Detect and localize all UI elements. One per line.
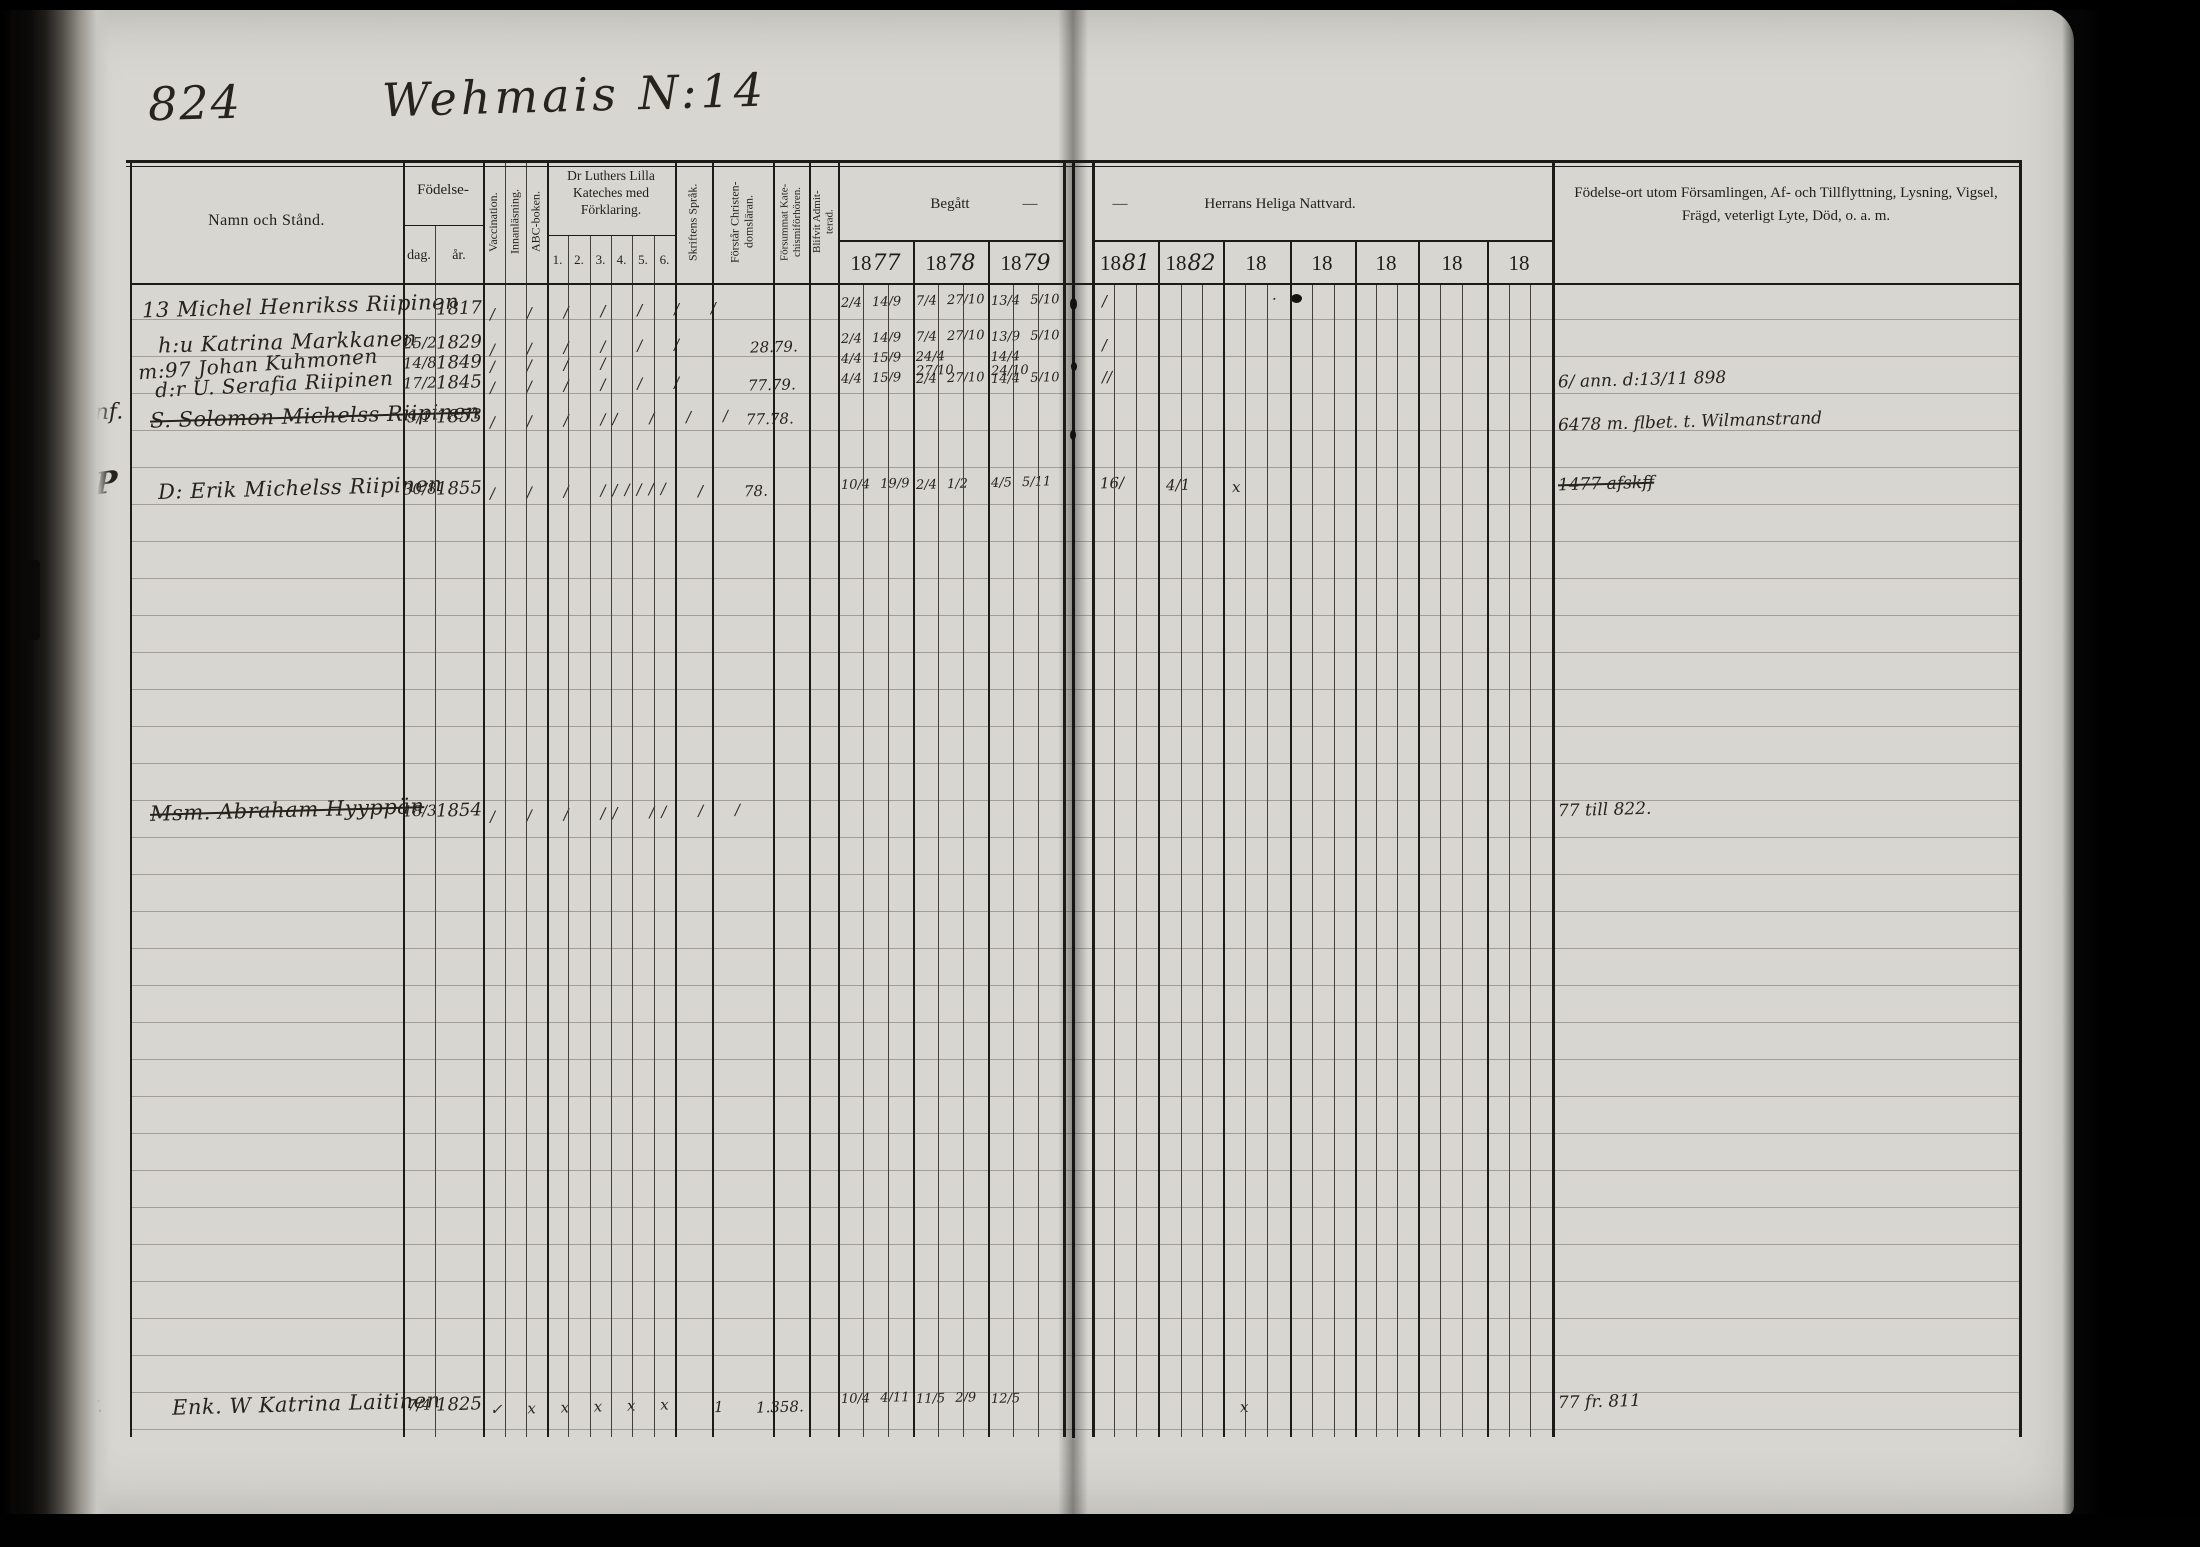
header-dash-left: —: [1015, 196, 1045, 213]
grid-vline: [1487, 240, 1489, 1437]
row-1-year1878-dates: 7/4 27/10: [916, 293, 988, 309]
year-suffix-hw: 82: [1188, 251, 1216, 276]
grid-hline: [547, 235, 675, 236]
grid-vline: [435, 225, 436, 1437]
kateches-col-4: 4.: [611, 252, 632, 268]
kateches-col-2: 2.: [568, 252, 590, 268]
folio-number: 824: [147, 75, 242, 132]
grid-vline: [1290, 240, 1292, 1437]
row-2-birth-day: 25/2: [403, 334, 435, 353]
grid-vline: [1334, 283, 1335, 1437]
year-suffix-hw: 81: [1122, 251, 1150, 276]
row-1-extra-mark: ·: [1272, 290, 1277, 308]
year-prefix: 18: [1001, 251, 1022, 276]
grid-vline: [526, 160, 527, 1437]
col-header-ar: år.: [435, 248, 483, 264]
grid-vline: [1355, 240, 1357, 1437]
year-prefix: 18: [1509, 251, 1530, 276]
right-remarks-line2: Frägd, veterligt Lyte, Död, o. a. m.: [1560, 205, 2012, 228]
row-1-year1881-mark: /: [1102, 292, 1108, 310]
header-nattvard: Herrans Heliga Nattvard.: [1150, 196, 1410, 213]
ink-blot: [1070, 298, 1077, 310]
kateches-col-5: 5.: [632, 252, 654, 268]
row-6-forsummat-note: 78.: [744, 482, 768, 501]
grid-vline: [1552, 160, 1555, 1437]
row-2-year1878-dates: 7/4 27/10: [916, 329, 988, 345]
grid-vline: [1202, 283, 1203, 1437]
church-book-scan: 824 Wehmais N:14 Namn och Stånd. Födelse…: [0, 0, 2200, 1547]
grid-hline: [130, 283, 2019, 285]
right-remarks-line1: Födelse-ort utom Församlingen, Af- och T…: [1560, 182, 2012, 205]
grid-vline: [963, 283, 964, 1437]
row-6-remark: 1477 afskff: [1558, 473, 1655, 496]
grid-vline: [632, 235, 633, 1437]
col-header-forsummat-katechismiforhoren: Försummat Kate- chismiförhören.: [773, 164, 809, 280]
grid-vline: [1038, 283, 1039, 1437]
grid-vline: [712, 160, 714, 1437]
row-7-remark: 77 till 822.: [1558, 799, 1652, 822]
kateches-col-6: 6.: [654, 252, 675, 268]
grid-vline: [505, 160, 506, 1437]
year-prefix: 18: [1100, 251, 1121, 276]
row-6-year1878-dates: 2/4 1/2: [916, 477, 988, 493]
row-5-birth-year: 1853: [436, 405, 483, 427]
row-4-year1878-dates: 2/4 27/10: [916, 371, 988, 387]
grid-vline: [1376, 283, 1377, 1437]
grid-vline: [1397, 283, 1398, 1437]
row-3-year1877-dates: 4/4 15/9: [841, 351, 913, 367]
page-fold-line: [1072, 160, 1075, 1438]
grid-vline: [403, 160, 405, 1437]
row-8-forsummat-note: 1.358.: [756, 1397, 804, 1416]
grid-vline: [1063, 160, 1066, 1437]
row-6-year1882-mark: 4/1: [1166, 476, 1191, 495]
grid-hline: [403, 225, 483, 226]
year-18-blank-3: 18: [1355, 243, 1418, 283]
grid-vline: [1092, 160, 1095, 1437]
year-18-blank-5: 18: [1487, 243, 1552, 283]
scan-bottom-edge: [0, 1514, 2200, 1547]
year-suffix-hw: 78: [948, 251, 976, 276]
col-header-innanlasning: Innanläsning.: [505, 164, 526, 280]
grid-vline: [1158, 240, 1160, 1437]
col-header-vaccination: Vaccination.: [483, 164, 505, 280]
col-header-forstar-christendomslaran: Förstår Christen- domsläran.: [712, 164, 773, 280]
grid-vline: [675, 160, 677, 1437]
year-suffix-hw: 77: [873, 251, 901, 276]
grid-vline: [1440, 283, 1441, 1437]
year-prefix: 18: [1166, 251, 1187, 276]
grid-vline: [1136, 283, 1137, 1437]
row-6-year1879-dates: 4/5 5/11: [991, 475, 1063, 491]
grid-vline: [1267, 283, 1268, 1437]
row-6-birth-day: 30/8: [403, 480, 435, 499]
row-4-year1881-mark: //: [1102, 368, 1113, 386]
col-header-fodelse: Födelse-: [403, 182, 483, 199]
year-suffix-hw: 79: [1023, 251, 1051, 276]
row-1-birth-year: 1817: [436, 297, 483, 319]
row-1-year1879-dates: 13/4 5/10: [991, 293, 1063, 309]
grid-vline: [988, 240, 990, 1437]
grid-vline: [1462, 283, 1463, 1437]
grid-vline: [938, 283, 939, 1437]
row-7-birth-day: 18/3: [403, 802, 435, 821]
row-2-birth-year: 1829: [436, 331, 483, 353]
year-prefix: 18: [926, 251, 947, 276]
grid-hline: [838, 240, 1063, 242]
year-18-blank-2: 18: [1290, 243, 1355, 283]
row-4-year1879-dates: 14/4 5/10: [991, 371, 1063, 387]
row-3-birth-day: 14/8: [403, 354, 435, 373]
grid-vline: [809, 160, 811, 1437]
row-5-forsummat-note: 77.78.: [746, 409, 794, 428]
grid-vline: [1312, 283, 1313, 1437]
year-prefix: 18: [1376, 251, 1397, 276]
row-6-birth-year: 1855: [436, 477, 483, 499]
grid-vline: [1114, 283, 1115, 1437]
header-dash-right: —: [1105, 196, 1135, 213]
book-edge-streak: [10, 0, 16, 1547]
book-edge-blot: [26, 560, 40, 640]
book-gutter-edge: [0, 0, 110, 1547]
row-6-year1877-dates: 10/4 19/9: [841, 477, 913, 493]
row-6-sprak-mark: /: [698, 482, 704, 500]
year-1879: 1879: [988, 243, 1063, 283]
grid-vline: [568, 235, 569, 1437]
row-8-remark: 77 fr. 811: [1558, 1391, 1641, 1413]
scan-top-edge: [0, 0, 2200, 10]
row-2-year1881-mark: /: [1102, 336, 1108, 354]
row-5-birth-day: 9/1: [403, 408, 435, 427]
year-prefix: 18: [1442, 251, 1463, 276]
grid-vline: [1418, 240, 1420, 1437]
col-header-right-remarks: Födelse-ort utom Församlingen, Af- och T…: [1560, 182, 2012, 229]
grid-vline: [611, 235, 612, 1437]
grid-vline: [888, 283, 889, 1437]
grid-vline: [547, 160, 549, 1437]
year-1877: 1877: [838, 243, 913, 283]
row-4-birth-day: 17/2: [403, 374, 435, 393]
grid-vline: [1181, 283, 1182, 1437]
col-header-dag: dag.: [403, 248, 435, 264]
row-8-year1877-dates: 10/4 4/11: [841, 1391, 913, 1407]
kateches-col-1: 1.: [547, 252, 568, 268]
grid-vline: [913, 240, 915, 1437]
col-header-blifvit-admitterad: Blifvit Admit- terad.: [809, 164, 838, 280]
grid-vline: [130, 160, 132, 1437]
row-6-year1881-mark: 16/: [1100, 474, 1125, 493]
year-18-blank-4: 18: [1418, 243, 1487, 283]
grid-vline: [1509, 283, 1510, 1437]
grid-vline: [1245, 283, 1246, 1437]
grid-vline: [2019, 160, 2022, 1437]
row-2-year1877-dates: 2/4 14/9: [841, 331, 913, 347]
kateches-col-3: 3.: [590, 252, 611, 268]
row-8-birth-year: 1825: [436, 1393, 483, 1415]
row-4-birth-year: 1845: [436, 371, 483, 393]
grid-vline: [1530, 283, 1531, 1437]
row-1-year1877-dates: 2/4 14/9: [841, 295, 913, 311]
col-header-kateches: Dr Luthers Lilla Kateches med Förklaring…: [547, 168, 675, 219]
col-header-skriftens-sprak: Skriftens Språk.: [675, 164, 712, 280]
col-header-abc-boken: ABC-boken.: [526, 164, 547, 280]
ink-blot: [1070, 430, 1076, 440]
page-heading-script: Wehmais N:14: [381, 63, 767, 128]
year-18-blank-1: 18: [1223, 243, 1290, 283]
grid-hline: [126, 166, 2021, 167]
header-begatt: Begått: [905, 196, 995, 213]
year-1882: 1882: [1158, 243, 1223, 283]
grid-vline: [590, 235, 591, 1437]
grid-hline: [1092, 240, 1552, 242]
grid-vline: [1013, 283, 1014, 1437]
row-8-sprak-mark: 1: [714, 1398, 724, 1416]
row-8-year1879-dates: 12/5: [991, 1391, 1063, 1407]
col-header-namn: Namn och Stånd.: [130, 212, 403, 230]
row-3-check-marks: / / / /: [490, 354, 613, 375]
year-prefix: 18: [851, 251, 872, 276]
year-prefix: 18: [1312, 251, 1333, 276]
grid-hline: [126, 160, 2021, 163]
year-prefix: 18: [1246, 251, 1267, 276]
grid-vline: [1223, 240, 1225, 1437]
row-8-birth-day: 7/4: [403, 1396, 435, 1415]
grid-vline: [863, 283, 864, 1437]
year-1881: 1881: [1092, 243, 1158, 283]
grid-vline: [838, 160, 840, 1437]
row-8-year1878-dates: 11/5 2/9: [916, 1391, 988, 1407]
row-4-year1877-dates: 4/4 15/9: [841, 371, 913, 387]
year-1878: 1878: [913, 243, 988, 283]
grid-vline: [773, 160, 775, 1437]
row-3-birth-year: 1849: [436, 351, 483, 373]
grid-vline: [483, 160, 485, 1437]
scan-right-edge: [2062, 0, 2200, 1547]
row-2-year1879-dates: 13/9 5/10: [991, 329, 1063, 345]
row-6-extra-mark: x: [1232, 478, 1241, 496]
row-4-forsummat-note: 77.79.: [748, 375, 796, 394]
ink-blot: [1291, 294, 1302, 303]
ink-blot: [1071, 362, 1077, 371]
row-7-birth-year: 1854: [436, 799, 483, 821]
grid-vline: [654, 235, 655, 1437]
